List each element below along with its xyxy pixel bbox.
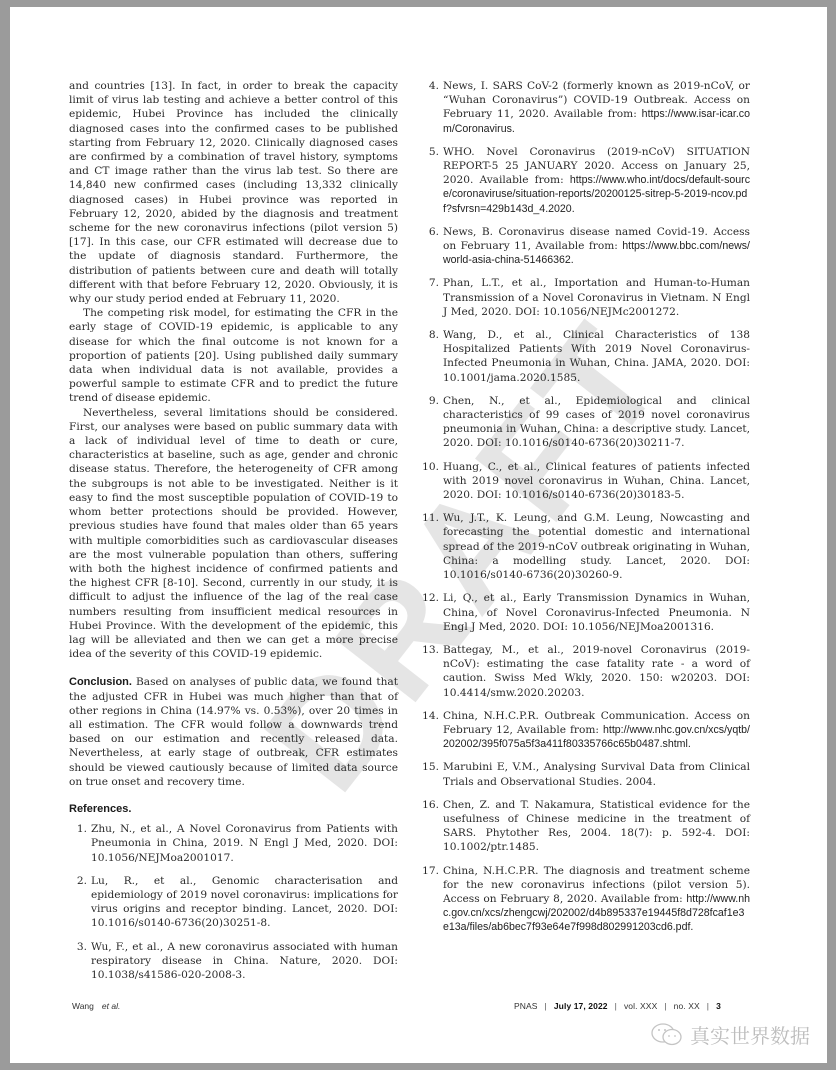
footer-separator: | [707, 1001, 709, 1011]
reference-number: 11. [421, 511, 439, 525]
conclusion-heading: Conclusion. [69, 676, 132, 688]
reference-item: 8.Wang, D., et al., Clinical Characteris… [421, 328, 750, 385]
conclusion-text: Based on analyses of public data, we fou… [69, 676, 398, 787]
reference-item: 13.Battegay, M., et al., 2019-novel Coro… [421, 643, 750, 700]
references-heading: References. [69, 802, 398, 816]
reference-item: 3.Wu, F., et al., A new coronavirus asso… [69, 940, 398, 983]
reference-text: Li, Q., et al., Early Transmission Dynam… [443, 592, 750, 632]
reference-item: 10.Huang, C., et al., Clinical features … [421, 460, 750, 503]
conclusion-paragraph: Conclusion. Based on analyses of public … [69, 675, 398, 789]
reference-item: 11.Wu, J.T., K. Leung, and G.M. Leung, N… [421, 511, 750, 582]
reference-text: Wu, J.T., K. Leung, and G.M. Leung, Nowc… [443, 512, 750, 581]
reference-item: 2.Lu, R., et al., Genomic characterisati… [69, 874, 398, 931]
footer-journal-info: PNAS|July 17, 2022|vol. XXX|no. XX|3 [514, 1001, 721, 1011]
reference-text: Wang, D., et al., Clinical Characteristi… [443, 329, 750, 384]
body-paragraph: Nevertheless, several limitations should… [69, 406, 398, 662]
reference-number: 2. [69, 874, 87, 888]
reference-number: 17. [421, 864, 439, 878]
reference-item: 14.China, N.H.C.P.R. Outbreak Communicat… [421, 709, 750, 752]
reference-number: 6. [421, 225, 439, 239]
reference-number: 12. [421, 591, 439, 605]
reference-text: Phan, L.T., et al., Importation and Huma… [443, 277, 750, 317]
footer-separator: | [664, 1001, 666, 1011]
reference-number: 4. [421, 79, 439, 93]
footer-etal: et al. [102, 1001, 120, 1011]
reference-text: Wu, F., et al., A new coronavirus associ… [91, 941, 398, 981]
reference-list-left: 1.Zhu, N., et al., A Novel Coronavirus f… [69, 822, 398, 982]
footer-page-number: 3 [716, 1001, 721, 1011]
source-watermark-label: 真实世界数据 [690, 1020, 810, 1049]
reference-number: 10. [421, 460, 439, 474]
left-column: and countries [13]. In fact, in order to… [69, 79, 398, 991]
footer-issue: no. XX [674, 1001, 700, 1011]
reference-item: 1.Zhu, N., et al., A Novel Coronavirus f… [69, 822, 398, 865]
reference-number: 16. [421, 798, 439, 812]
body-paragraph: and countries [13]. In fact, in order to… [69, 79, 398, 306]
reference-item: 16.Chen, Z. and T. Nakamura, Statistical… [421, 798, 750, 855]
reference-item: 5.WHO. Novel Coronavirus (2019-nCoV) SIT… [421, 145, 750, 216]
reference-number: 3. [69, 940, 87, 954]
reference-list-right: 4.News, I. SARS CoV-2 (formerly known as… [421, 79, 750, 935]
footer-author-name: Wang [72, 1001, 94, 1011]
reference-number: 1. [69, 822, 87, 836]
reference-text: Chen, Z. and T. Nakamura, Statistical ev… [443, 799, 750, 854]
reference-item: 12.Li, Q., et al., Early Transmission Dy… [421, 591, 750, 634]
reference-number: 8. [421, 328, 439, 342]
footer-separator: | [545, 1001, 547, 1011]
reference-text: Zhu, N., et al., A Novel Coronavirus fro… [91, 823, 398, 863]
reference-number: 15. [421, 760, 439, 774]
reference-number: 9. [421, 394, 439, 408]
footer-author: Wanget al. [72, 1001, 120, 1011]
right-column: 4.News, I. SARS CoV-2 (formerly known as… [421, 79, 750, 944]
wechat-chat-bubbles-icon [650, 1022, 684, 1048]
source-watermark: 真实世界数据 [650, 1020, 810, 1049]
reference-item: 17.China, N.H.C.P.R. The diagnosis and t… [421, 864, 750, 935]
reference-item: 15.Marubini E, V.M., Analysing Survival … [421, 760, 750, 788]
reference-number: 14. [421, 709, 439, 723]
reference-number: 13. [421, 643, 439, 657]
reference-item: 6.News, B. Coronavirus disease named Cov… [421, 225, 750, 268]
footer-volume: vol. XXX [624, 1001, 657, 1011]
reference-text: Marubini E, V.M., Analysing Survival Dat… [443, 761, 750, 787]
reference-text: Lu, R., et al., Genomic characterisation… [91, 875, 398, 930]
reference-text: Chen, N., et al., Epidemiological and cl… [443, 395, 750, 450]
body-paragraph: The competing risk model, for estimating… [69, 306, 398, 405]
footer-separator: | [615, 1001, 617, 1011]
reference-item: 7.Phan, L.T., et al., Importation and Hu… [421, 276, 750, 319]
reference-text: Battegay, M., et al., 2019-novel Coronav… [443, 644, 750, 699]
footer-journal: PNAS [514, 1001, 538, 1011]
reference-item: 4.News, I. SARS CoV-2 (formerly known as… [421, 79, 750, 136]
reference-number: 7. [421, 276, 439, 290]
reference-item: 9.Chen, N., et al., Epidemiological and … [421, 394, 750, 451]
reference-number: 5. [421, 145, 439, 159]
footer-date: July 17, 2022 [554, 1001, 608, 1011]
reference-text: Huang, C., et al., Clinical features of … [443, 461, 750, 501]
